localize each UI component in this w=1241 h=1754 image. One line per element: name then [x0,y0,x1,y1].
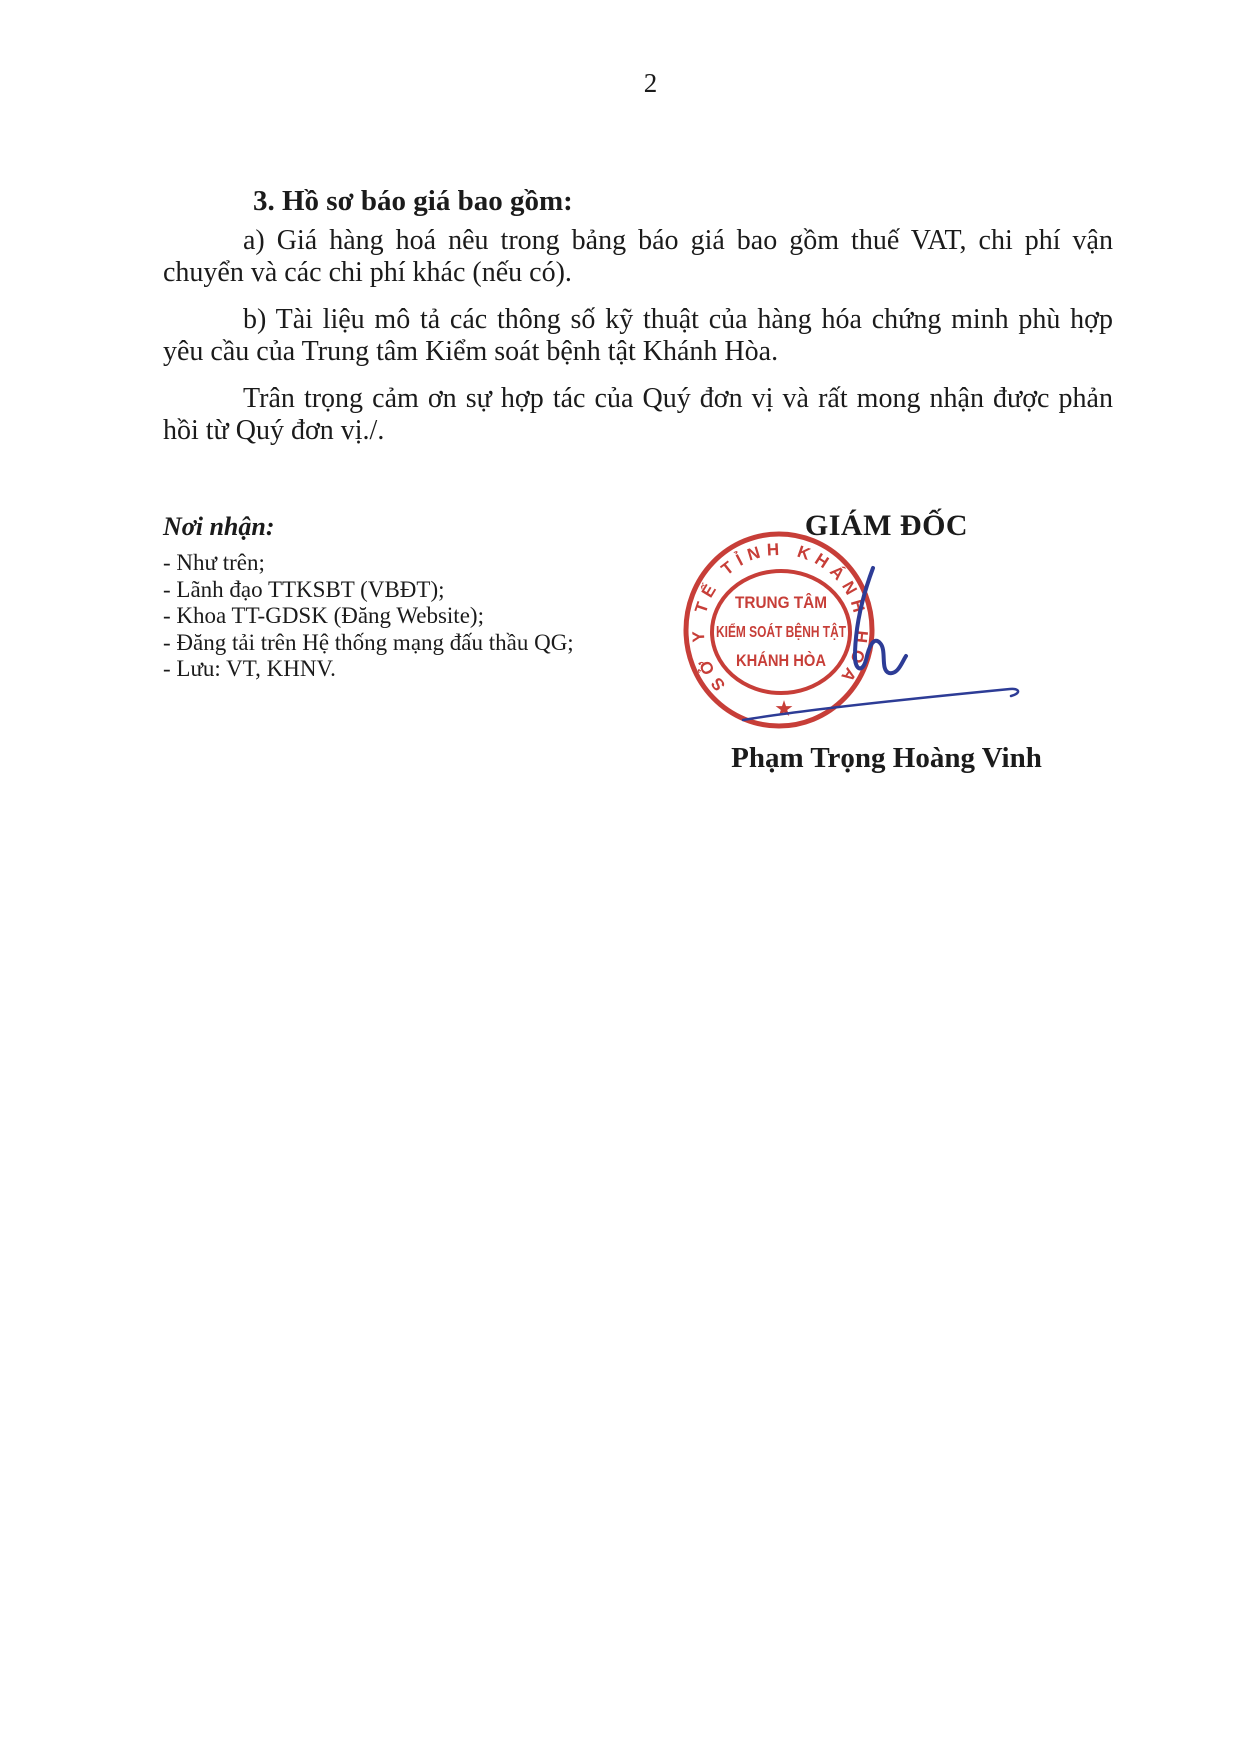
handwritten-signature-icon [738,552,1038,732]
signature-main-stroke [855,568,906,673]
recipient-item: - Lãnh đạo TTKSBT (VBĐT); [163,577,633,604]
signature-underline-stroke [743,689,1018,720]
recipient-item: - Lưu: VT, KHNV. [163,656,633,683]
paragraph-a: a) Giá hàng hoá nêu trong bảng báo giá b… [163,225,1113,288]
document-page: 2 3. Hồ sơ báo giá bao gồm: a) Giá hàng … [0,0,1241,1754]
page-number: 2 [30,68,1241,99]
recipient-item: - Như trên; [163,550,633,577]
recipient-item: - Khoa TT-GDSK (Đăng Website); [163,603,633,630]
recipient-item: - Đăng tải trên Hệ thống mạng đấu thầu Q… [163,630,633,657]
document-body: 3. Hồ sơ báo giá bao gồm: a) Giá hàng ho… [163,185,1113,462]
paragraph-b: b) Tài liệu mô tả các thông số kỹ thuật … [163,304,1113,367]
paragraph-closing: Trân trọng cảm ơn sự hợp tác của Quý đơn… [163,383,1113,446]
recipients-block: Nơi nhận: - Như trên; - Lãnh đạo TTKSBT … [163,512,633,683]
section-heading: 3. Hồ sơ báo giá bao gồm: [163,185,1113,217]
signer-name: Phạm Trọng Hoàng Vinh [660,742,1113,775]
recipients-label: Nơi nhận: [163,512,633,542]
